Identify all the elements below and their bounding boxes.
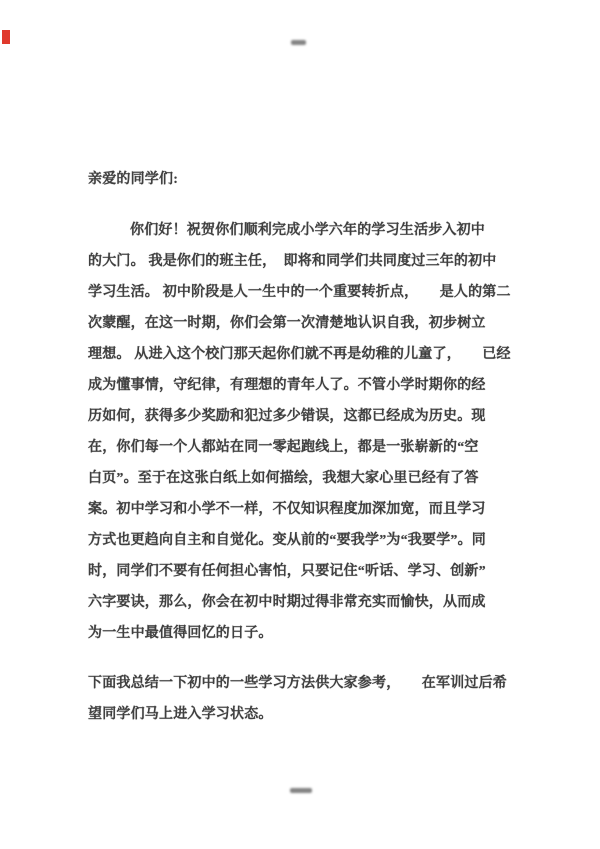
text-line: 理想。 从进入这个校门那天起你们就不再是幼稚的儿童了， 已经: [88, 339, 518, 370]
text-line: 下面我总结一下初中的一些学习方法供大家参考， 在军训过后希: [88, 668, 518, 699]
footer-micro-text: [290, 788, 312, 793]
header-micro-text: [291, 40, 306, 45]
text-line: 在，你们每一个人都站在同一零起跑线上，都是一张崭新的“空: [88, 432, 518, 463]
text-line: 学习生活。 初中阶段是人一生中的一个重要转折点， 是人的第二: [88, 277, 518, 308]
letter-body: 亲爱的同学们: 你们好！祝贺你们顺利完成小学六年的学习生活步入初中的大门。 我是…: [88, 164, 518, 730]
text-line: 为一生中最值得回忆的日子。: [88, 618, 518, 649]
text-line: 方式也更趋向自主和自觉化。变从前的“要我学”为“我要学”。同: [88, 525, 518, 556]
document-page: 亲爱的同学们: 你们好！祝贺你们顺利完成小学六年的学习生活步入初中的大门。 我是…: [0, 0, 600, 849]
text-line: 案。初中学习和小学不一样，不仅知识程度加深加宽，而且学习: [88, 494, 518, 525]
text-line: 时，同学们不要有任何担心害怕，只要记住“听话、学习、创新”: [88, 556, 518, 587]
text-line: 望同学们马上进入学习状态。: [88, 699, 518, 730]
text-line: 成为懂事情，守纪律，有理想的青年人了。不管小学时期你的经: [88, 370, 518, 401]
text-line: 六字要诀，那么，你会在初中时期过得非常充实而愉快，从而成: [88, 587, 518, 618]
text-line: 的大门。 我是你们的班主任， 即将和同学们共同度过三年的初中: [88, 246, 518, 277]
text-line: 历如何，获得多少奖励和犯过多少错误，这都已经成为历史。现: [88, 401, 518, 432]
salutation-line: 亲爱的同学们:: [88, 164, 518, 195]
text-line: 白页”。至于在这张白纸上如何描绘，我想大家心里已经有了答: [88, 463, 518, 494]
text-line: 次蒙醒，在这一时期，你们会第一次清楚地认识自我，初步树立: [88, 308, 518, 339]
paragraph-2: 下面我总结一下初中的一些学习方法供大家参考， 在军训过后希望同学们马上进入学习状…: [88, 668, 518, 730]
paragraph-1: 你们好！祝贺你们顺利完成小学六年的学习生活步入初中的大门。 我是你们的班主任， …: [88, 215, 518, 649]
red-corner-mark: [2, 30, 10, 44]
text-line: 你们好！祝贺你们顺利完成小学六年的学习生活步入初中: [88, 215, 518, 246]
